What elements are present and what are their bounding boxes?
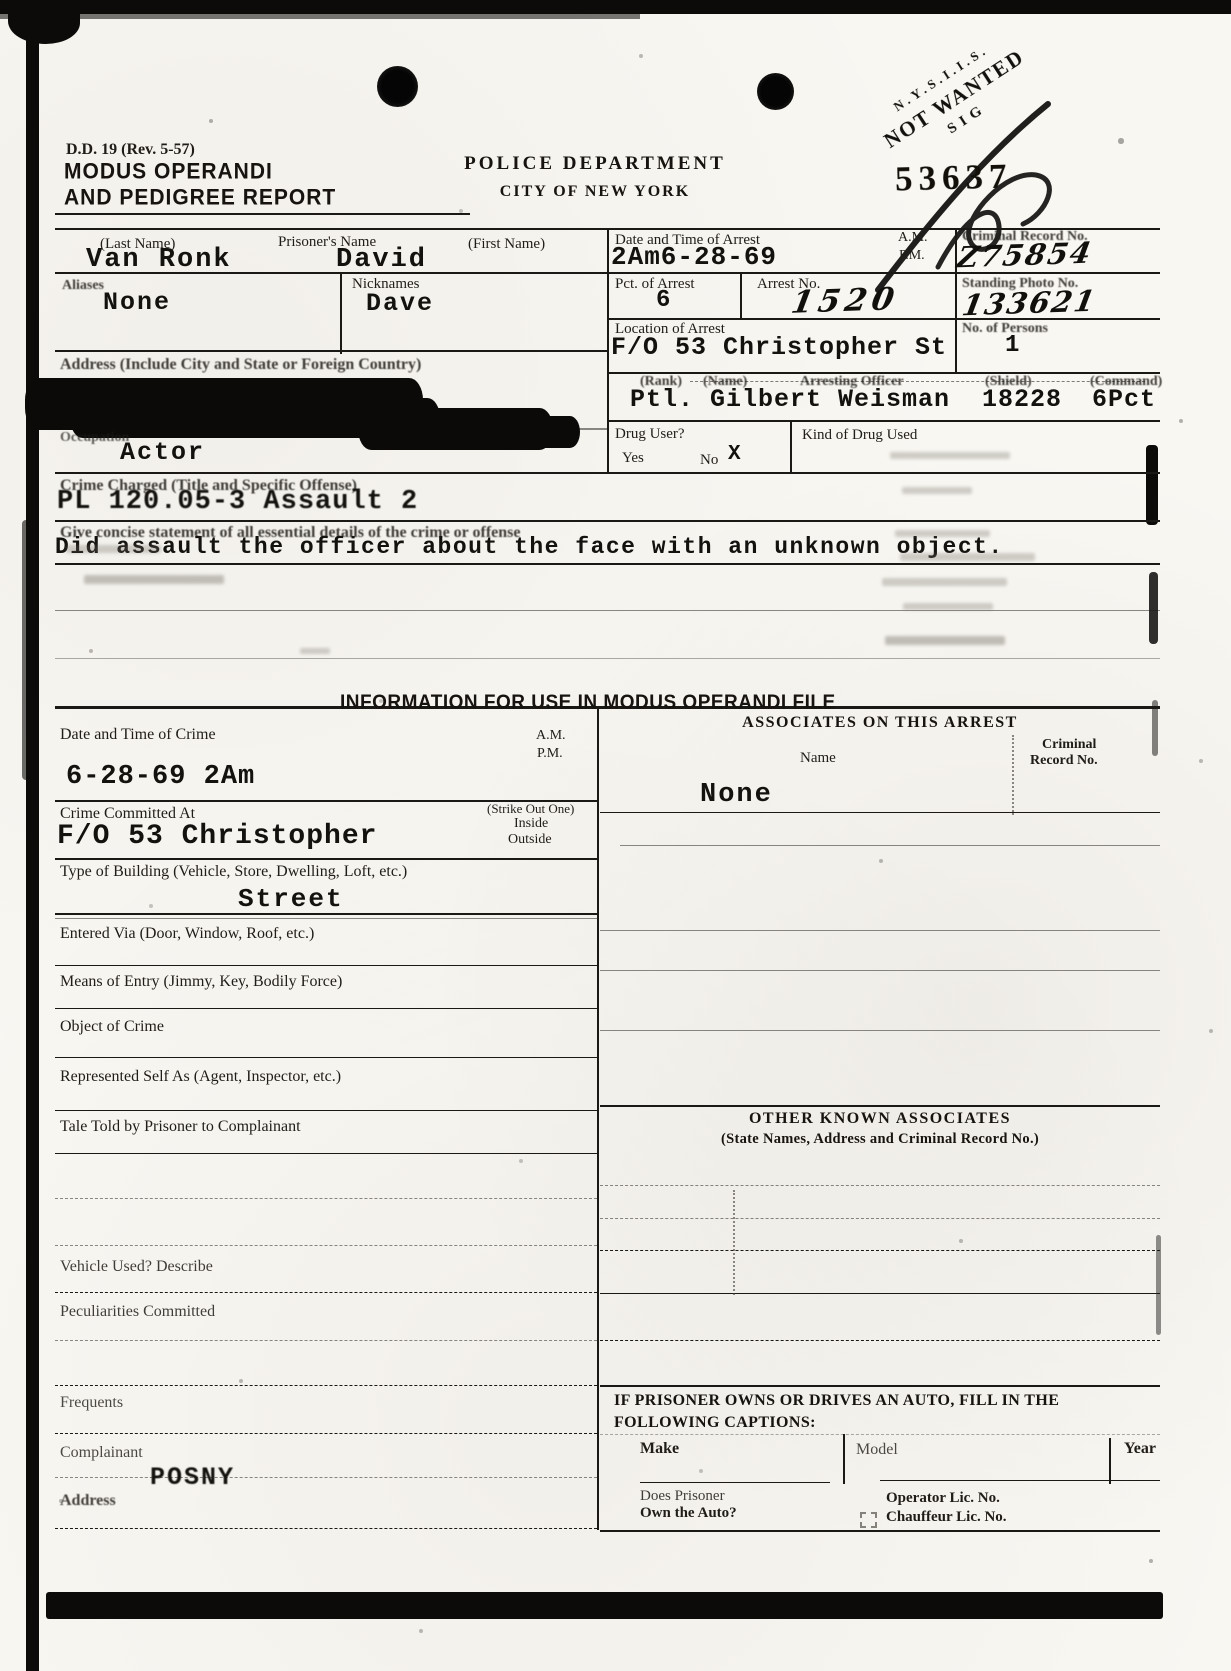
paper-speckles: [0, 0, 2, 2]
drug-no-mark: X: [728, 443, 742, 466]
ghost-text-smudge: [882, 578, 1007, 586]
crime-charged-value: PL 120.05-3 Assault 2: [57, 487, 418, 517]
scan-edge-left-lump: [22, 520, 30, 780]
scan-mark-right-1: [1146, 445, 1158, 525]
peculiarities-label: Peculiarities Committed: [60, 1303, 215, 1321]
criminal-record-value: Z75854: [955, 236, 1096, 275]
rule: [600, 970, 1160, 971]
strike-dashes: [690, 381, 1145, 382]
shield-value: 18228: [982, 385, 1062, 414]
operator-lic-label: Operator Lic. No.: [886, 1490, 1000, 1507]
drug-yes-label: Yes: [622, 450, 644, 467]
mo-address-label: Address: [60, 1492, 116, 1510]
command-value: 6Pct: [1092, 385, 1156, 414]
aliases-value: None: [103, 288, 171, 317]
rule: [620, 845, 1160, 846]
scanned-document: D.D. 19 (Rev. 5-57) MODUS OPERANDI AND P…: [0, 0, 1231, 1671]
crime-am-label: A.M.: [536, 728, 566, 744]
model-label: Model: [856, 1441, 898, 1459]
auto-instruction-line2: FOLLOWING CAPTIONS:: [614, 1414, 816, 1432]
crime-pm-label: P.M.: [537, 746, 563, 762]
drug-no-label: No: [700, 452, 718, 469]
stamp-number: 53637: [894, 156, 1013, 199]
scan-edge-left: [26, 0, 39, 1671]
ghost-text-smudge: [66, 545, 161, 553]
rule: [55, 1008, 597, 1009]
divider: [740, 272, 742, 318]
am-label: A.M.: [898, 230, 928, 246]
rule: [55, 350, 607, 352]
persons-value: 1: [1005, 332, 1020, 359]
rule: [55, 213, 470, 215]
occupation-value: Actor: [120, 438, 205, 467]
form-title-line2: AND PEDIGREE REPORT: [64, 185, 336, 210]
frequents-label: Frequents: [60, 1394, 123, 1412]
owns-auto-label-line2: Own the Auto?: [640, 1505, 737, 1522]
rule: [607, 420, 1160, 422]
rule: [600, 1530, 1160, 1532]
occupation-label: Occupation: [60, 430, 129, 446]
owns-auto-label-line1: Does Prisoner: [640, 1488, 725, 1505]
associates-name-label: Name: [800, 750, 836, 767]
rule: [880, 1480, 1160, 1481]
divider-dotted: [1012, 735, 1014, 815]
statement-value: Did assault the officer about the face w…: [55, 534, 1004, 560]
associates-value: None: [700, 780, 773, 810]
record-no-label-line1: Criminal: [1042, 737, 1096, 753]
complainant-label: Complainant: [60, 1444, 143, 1462]
drug-user-label: Drug User?: [615, 426, 685, 443]
ghost-text-smudge: [895, 530, 990, 537]
committed-at-value: F/O 53 Christopher: [57, 821, 377, 852]
rule: [55, 1385, 597, 1386]
associates-title: ASSOCIATES ON THIS ARREST: [640, 714, 1120, 732]
rule: [600, 1293, 1160, 1294]
rule: [55, 1340, 597, 1341]
strike-out-label: (Strike Out One): [487, 801, 574, 817]
aliases-label: Aliases: [62, 278, 104, 294]
last-name-value: Van Ronk: [86, 245, 232, 275]
rule: [55, 1110, 597, 1111]
ghost-text-smudge: [84, 575, 224, 584]
rule: [55, 1477, 597, 1478]
rule: [55, 1057, 597, 1058]
punch-hole-left: [377, 66, 418, 107]
form-title-line1: MODUS OPERANDI: [64, 159, 273, 184]
form-number: D.D. 19 (Rev. 5-57): [66, 141, 195, 159]
ghost-text-smudge: [903, 603, 993, 610]
drug-kind-label: Kind of Drug Used: [802, 427, 917, 444]
arrest-date-value: 2Am6-28-69: [611, 242, 777, 272]
divider: [790, 420, 792, 472]
rule: [600, 1218, 1160, 1219]
other-associates-subtitle: (State Names, Address and Criminal Recor…: [640, 1131, 1120, 1148]
photo-no-value: 133621: [960, 284, 1100, 323]
complainant-value: POSNY: [150, 1463, 235, 1492]
ghost-text-smudge: [300, 648, 330, 654]
rule: [600, 1385, 1160, 1387]
rule: [600, 812, 1160, 813]
column-divider: [597, 709, 599, 1530]
rule: [607, 318, 1160, 320]
rule: [55, 520, 1160, 522]
pm-label: P.M.: [899, 248, 925, 264]
divider: [955, 228, 957, 372]
scan-bar-bottom: [46, 1592, 1163, 1619]
rule: [600, 1105, 1160, 1107]
dept-title-line2: CITY OF NEW YORK: [430, 183, 760, 201]
address-label: Address (Include City and State or Forei…: [60, 356, 421, 374]
ghost-text-smudge: [900, 553, 1035, 561]
tale-told-label: Tale Told by Prisoner to Complainant: [60, 1118, 301, 1136]
first-name-label: (First Name): [468, 236, 545, 253]
redaction-ssn-2: [520, 416, 580, 448]
make-label: Make: [640, 1440, 679, 1458]
chauffeur-lic-label: Chauffeur Lic. No.: [886, 1509, 1007, 1526]
represented-self-label: Represented Self As (Agent, Inspector, e…: [60, 1068, 341, 1086]
rule: [55, 1198, 597, 1199]
divider: [340, 272, 342, 354]
nicknames-value: Dave: [366, 289, 434, 318]
divider: [843, 1434, 845, 1484]
rule: [55, 563, 1160, 565]
scan-mark-right-2: [1149, 572, 1158, 644]
rule: [55, 472, 1160, 474]
ghost-text-smudge: [902, 487, 972, 494]
building-label: Type of Building (Vehicle, Store, Dwelli…: [60, 863, 407, 881]
vehicle-used-label: Vehicle Used? Describe: [60, 1258, 213, 1276]
rule: [640, 1482, 830, 1483]
other-associates-title: OTHER KNOWN ASSOCIATES: [640, 1110, 1120, 1128]
dept-title-line1: POLICE DEPARTMENT: [430, 153, 760, 175]
rule: [600, 1340, 1160, 1341]
chauffeur-checkbox: [860, 1512, 877, 1528]
auto-instruction-line1: IF PRISONER OWNS OR DRIVES AN AUTO, FILL…: [614, 1392, 1059, 1410]
rule: [55, 610, 1160, 611]
rule: [55, 858, 597, 860]
year-label: Year: [1124, 1440, 1156, 1458]
first-name-value: David: [336, 245, 427, 275]
ghost-text-smudge: [885, 636, 1005, 645]
inside-label: Inside: [514, 816, 548, 832]
entered-via-label: Entered Via (Door, Window, Roof, etc.): [60, 925, 314, 943]
rule: [55, 658, 1160, 659]
mo-section-title: INFORMATION FOR USE IN MODUS OPERANDI FI…: [340, 691, 836, 714]
rule: [55, 1433, 597, 1434]
rule: [55, 918, 597, 919]
punch-hole-right: [757, 73, 794, 110]
rule: [55, 965, 597, 966]
rule: [600, 930, 1160, 931]
arrest-no-value: 1520: [788, 281, 901, 321]
rule: [600, 1434, 1160, 1435]
ghost-text-smudge: [890, 452, 1010, 459]
pct-label: Pct. of Arrest: [615, 276, 695, 293]
rule: [600, 1030, 1160, 1031]
rule: [55, 1528, 597, 1529]
rule: [55, 1153, 597, 1154]
outside-label: Outside: [508, 832, 552, 848]
object-of-crime-label: Object of Crime: [60, 1018, 164, 1036]
pct-value: 6: [656, 287, 671, 314]
building-value: Street: [238, 884, 344, 914]
scan-edge-top-fade: [0, 14, 640, 19]
location-value: F/O 53 Christopher St: [611, 333, 947, 362]
crime-date-value: 6-28-69 2Am: [66, 762, 255, 792]
officer-value: Ptl. Gilbert Weisman: [630, 385, 950, 414]
scan-corner-blob: [8, 0, 80, 44]
rule: [55, 1292, 597, 1293]
rule: [55, 1245, 597, 1246]
means-of-entry-label: Means of Entry (Jimmy, Key, Bodily Force…: [60, 973, 342, 991]
crime-date-label: Date and Time of Crime: [60, 726, 216, 744]
rule: [600, 1250, 1160, 1251]
divider-dotted: [733, 1190, 735, 1295]
divider: [1109, 1438, 1111, 1484]
record-no-label-line2: Record No.: [1030, 753, 1098, 769]
rule: [600, 1185, 1160, 1186]
divider: [607, 228, 609, 472]
